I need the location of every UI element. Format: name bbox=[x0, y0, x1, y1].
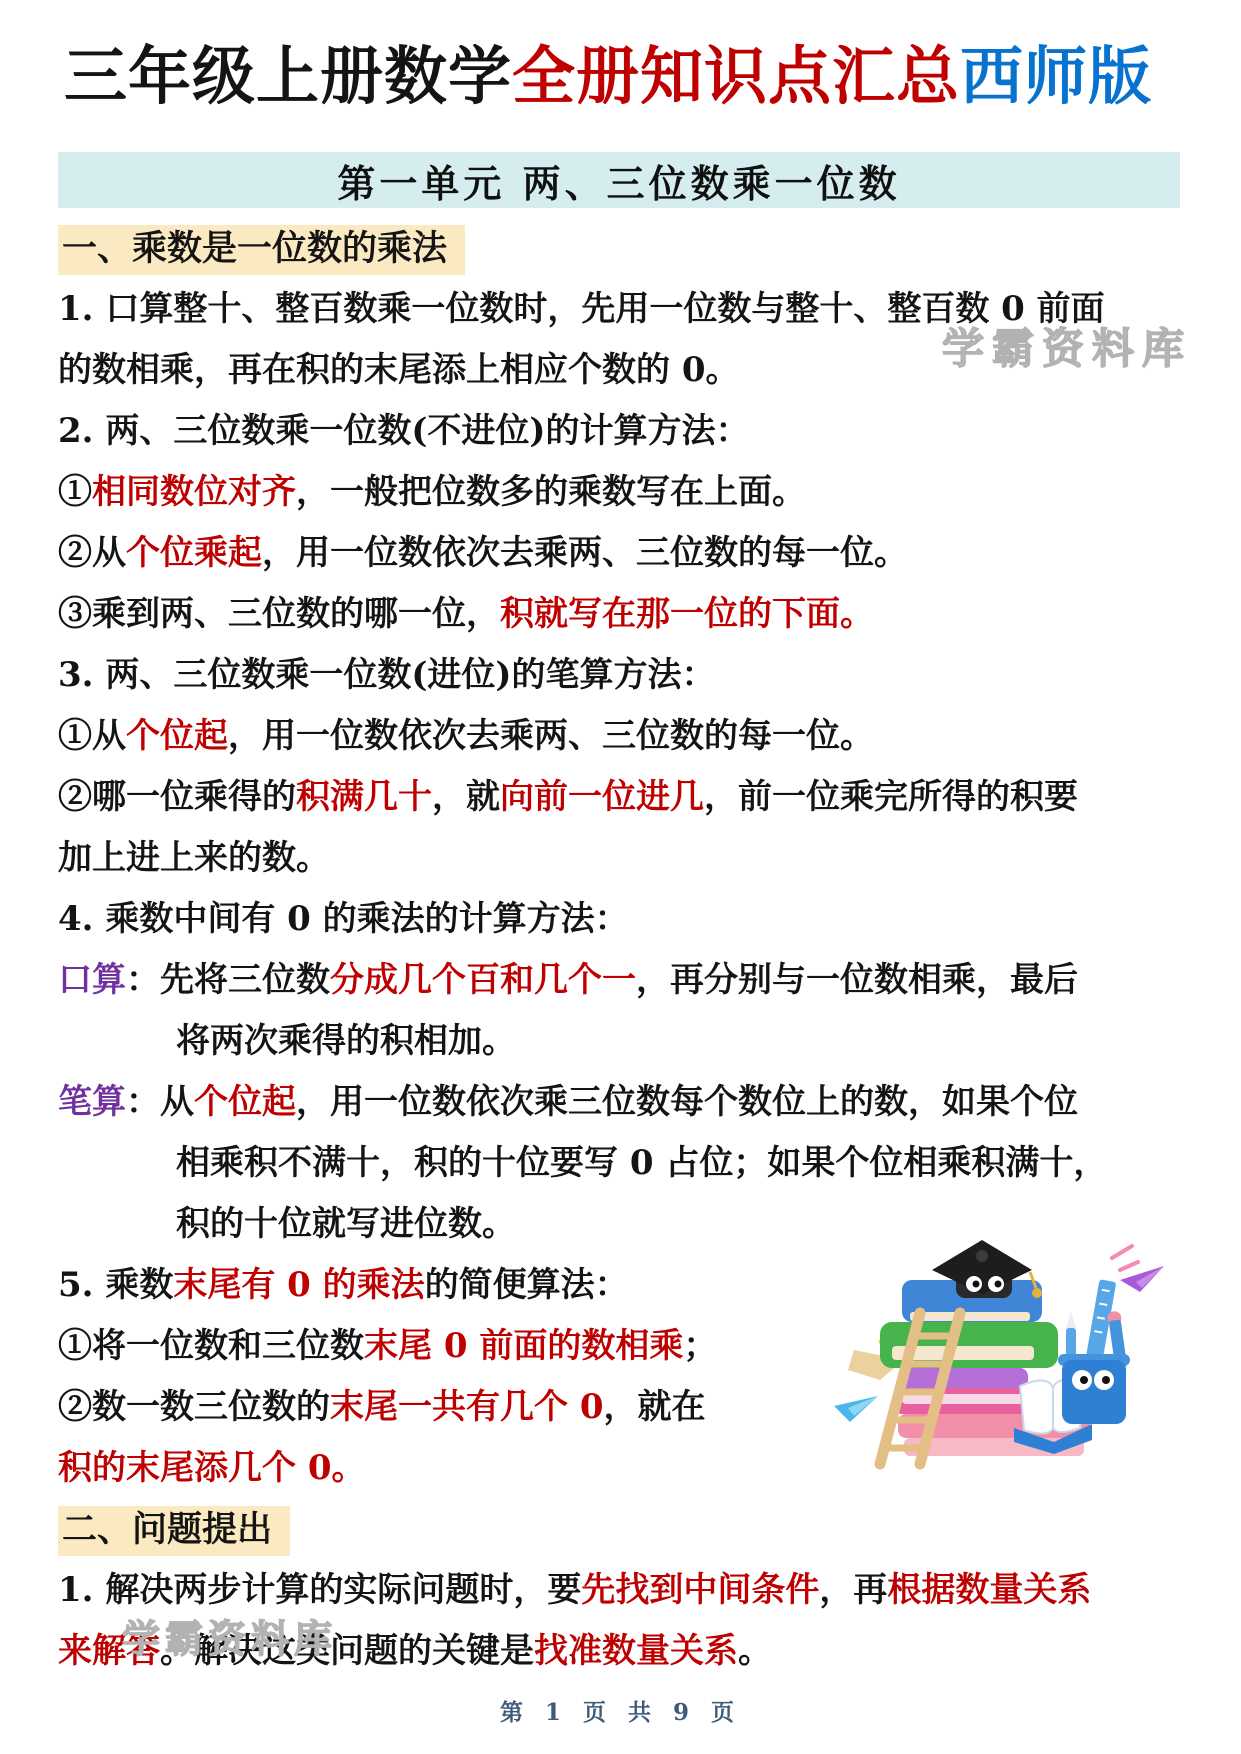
pencil-cup bbox=[1058, 1279, 1130, 1424]
section-heading: 二、问题提出 bbox=[58, 1499, 1192, 1560]
text-line: 加上进上来的数。 bbox=[58, 828, 1192, 889]
text-run: 的简便算法： bbox=[425, 1265, 629, 1305]
text-line: ②从个位乘起，用一位数依次去乘两、三位数的每一位。 bbox=[58, 523, 1192, 584]
text-run: 1. 口算整十、整百数乘一位数时，先用一位数与整十、整百数 0 前面 bbox=[58, 289, 1105, 329]
text-line: ①相同数位对齐，一般把位数多的乘数写在上面。 bbox=[58, 462, 1192, 523]
text-run: 末尾一共有几个 0 bbox=[330, 1387, 604, 1427]
text-run: ，就在 bbox=[604, 1387, 706, 1427]
text-run: 积的十位就写进位数。 bbox=[176, 1204, 516, 1244]
text-line: 3. 两、三位数乘一位数(进位)的笔算方法： bbox=[58, 645, 1192, 706]
text-run: 5. 乘数 bbox=[58, 1265, 173, 1305]
text-run: 二、问题提出 bbox=[62, 1509, 272, 1550]
text-run: 找准数量关系 bbox=[534, 1631, 738, 1671]
text-run: 全册知识点汇总 bbox=[512, 39, 960, 113]
text-run: ① bbox=[58, 472, 92, 512]
text-run: 先找到中间条件 bbox=[581, 1570, 819, 1610]
text-run: 末尾有 0 的乘法 bbox=[173, 1265, 424, 1305]
text-run: ①将一位数和三位数 bbox=[58, 1326, 364, 1366]
text-run: ：从 bbox=[126, 1082, 194, 1122]
text-run: ，就 bbox=[432, 777, 500, 817]
text-run: 个位起 bbox=[194, 1082, 296, 1122]
highlight-box: 一、乘数是一位数的乘法 bbox=[58, 225, 465, 275]
text-run: 向前一位进几 bbox=[500, 777, 704, 817]
text-run: ，前一位乘完所得的积要 bbox=[704, 777, 1078, 817]
sparkle-icon bbox=[1112, 1246, 1138, 1270]
text-line: 相乘积不满十，积的十位要写 0 占位；如果个位相乘积满十， bbox=[58, 1133, 1192, 1194]
text-run: ； bbox=[683, 1326, 717, 1366]
section-heading: 一、乘数是一位数的乘法 bbox=[58, 218, 1192, 279]
text-run: 4. 乘数中间有 0 的乘法的计算方法： bbox=[58, 899, 629, 939]
page-number: 第 1 页 共 9 页 bbox=[0, 1694, 1241, 1727]
text-line: 的数相乘，再在积的末尾添上相应个数的 0。 bbox=[58, 340, 1192, 401]
text-line: 1. 口算整十、整百数乘一位数时，先用一位数与整十、整百数 0 前面 bbox=[58, 279, 1192, 340]
text-line: 2. 两、三位数乘一位数(不进位)的计算方法： bbox=[58, 401, 1192, 462]
text-run: 将两次乘得的积相加。 bbox=[176, 1021, 516, 1061]
text-run: 根据数量关系 bbox=[887, 1570, 1091, 1610]
text-run: 末尾 0 前面的数相乘 bbox=[364, 1326, 683, 1366]
text-run: 。 bbox=[738, 1631, 772, 1671]
text-run: ②数一数三位数的 bbox=[58, 1387, 330, 1427]
document-page: 三年级上册数学全册知识点汇总西师版 第一单元 两、三位数乘一位数 学霸资料库 一… bbox=[0, 0, 1241, 1754]
text-line: ②哪一位乘得的积满几十，就向前一位进几，前一位乘完所得的积要 bbox=[58, 767, 1192, 828]
text-run: ，用一位数依次去乘两、三位数的每一位。 bbox=[228, 716, 874, 756]
text-run: 加上进上来的数。 bbox=[58, 838, 330, 878]
page-title: 三年级上册数学全册知识点汇总西师版 bbox=[64, 40, 1152, 112]
text-line: 4. 乘数中间有 0 的乘法的计算方法： bbox=[58, 889, 1192, 950]
text-run: 积满几十 bbox=[296, 777, 432, 817]
text-line: 笔算：从个位起，用一位数依次乘三位数每个数位上的数，如果个位 bbox=[58, 1072, 1192, 1133]
text-run: ，用一位数依次乘三位数每个数位上的数，如果个位 bbox=[296, 1082, 1078, 1122]
text-run: 相乘积不满十，积的十位要写 0 占位；如果个位相乘积满十， bbox=[176, 1143, 1107, 1183]
text-run: 相同数位对齐 bbox=[92, 472, 296, 512]
text-run: 分成几个百和几个一 bbox=[330, 960, 636, 1000]
text-run: ，再 bbox=[819, 1570, 887, 1610]
text-run: 笔算 bbox=[58, 1082, 126, 1122]
text-run: 个位乘起 bbox=[126, 533, 262, 573]
text-run: ①从 bbox=[58, 716, 126, 756]
text-run: ③乘到两、三位数的哪一位， bbox=[58, 594, 500, 634]
text-line: ①从个位起，用一位数依次去乘两、三位数的每一位。 bbox=[58, 706, 1192, 767]
books-illustration bbox=[820, 1228, 1172, 1476]
text-run: 西师版 bbox=[960, 39, 1152, 113]
text-run: 三年级上册数学 bbox=[64, 39, 512, 113]
watermark-bottom: 学霸资料库 bbox=[122, 1608, 337, 1663]
text-run: 的数相乘，再在积的末尾添上相应个数的 0。 bbox=[58, 350, 740, 390]
text-run: 一、乘数是一位数的乘法 bbox=[62, 228, 447, 269]
text-run: ，再分别与一位数相乘，最后 bbox=[636, 960, 1078, 1000]
text-run: 积的末尾添几个 0。 bbox=[58, 1448, 366, 1488]
text-run: 3. 两、三位数乘一位数(进位)的笔算方法： bbox=[58, 655, 716, 695]
text-line: 将两次乘得的积相加。 bbox=[58, 1011, 1192, 1072]
text-run: ②哪一位乘得的 bbox=[58, 777, 296, 817]
unit-banner: 第一单元 两、三位数乘一位数 bbox=[58, 152, 1180, 208]
text-run: ，用一位数依次去乘两、三位数的每一位。 bbox=[262, 533, 908, 573]
text-line: 口算：先将三位数分成几个百和几个一，再分别与一位数相乘，最后 bbox=[58, 950, 1192, 1011]
books-illustration-svg bbox=[820, 1228, 1172, 1476]
text-line: ③乘到两、三位数的哪一位，积就写在那一位的下面。 bbox=[58, 584, 1192, 645]
text-run: 口算 bbox=[58, 960, 126, 1000]
text-run: 1. 解决两步计算的实际问题时，要 bbox=[58, 1570, 581, 1610]
text-run: ：先将三位数 bbox=[126, 960, 330, 1000]
text-run: 个位起 bbox=[126, 716, 228, 756]
text-run: ②从 bbox=[58, 533, 126, 573]
text-run: 2. 两、三位数乘一位数(不进位)的计算方法： bbox=[58, 411, 750, 451]
text-run: 积就写在那一位的下面。 bbox=[500, 594, 874, 634]
highlight-box: 二、问题提出 bbox=[58, 1506, 290, 1556]
text-run: ，一般把位数多的乘数写在上面。 bbox=[296, 472, 806, 512]
